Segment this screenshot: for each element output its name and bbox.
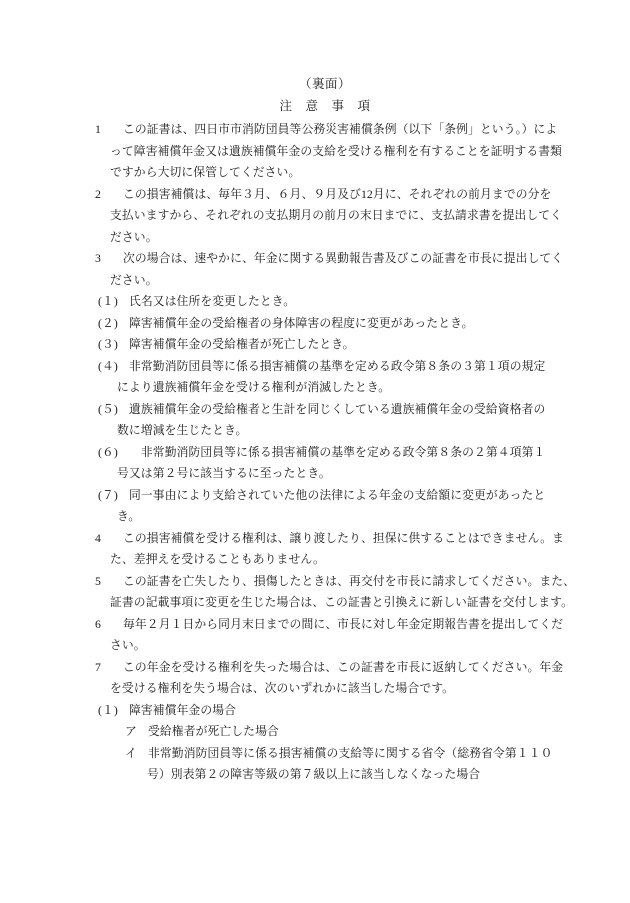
- line-marker: 3: [95, 248, 123, 270]
- text-line: ださい。: [95, 270, 555, 292]
- line-text: 障害補償年金の受給権者の身体障害の程度に変更があったとき。: [129, 313, 473, 335]
- line-marker: (６): [98, 442, 129, 464]
- line-marker: 6: [95, 614, 123, 636]
- line-text: 毎年２月１日から同月末日までの間に、市長に対し年金定期報告書を提出してくだ: [123, 614, 563, 636]
- side-label: （裏面）: [95, 73, 555, 95]
- text-line: 2この損害補償は、毎年３月、６月、９月及び12月に、それぞれの前月までの分を: [95, 184, 555, 206]
- line-text: 支払いますから、それぞれの支払期月の前月の末日までに、支払請求書を提出してく: [110, 205, 562, 227]
- line-marker: イ: [125, 743, 148, 765]
- line-marker: 7: [95, 657, 123, 679]
- line-text: 非常勤消防団員等に係る損害補償の基準を定める政令第８条の２第４項第１: [129, 442, 545, 464]
- line-text: き。: [117, 506, 140, 528]
- line-text: この証書を亡失したり、損傷したときは、再交付を市長に請求してください。また、: [123, 571, 575, 593]
- text-line: 4この損害補償を受ける権利は、譲り渡したり、担保に供することはできません。ま: [95, 528, 555, 550]
- text-line: (１)氏名又は住所を変更したとき。: [95, 291, 555, 313]
- line-text: ださい。: [110, 227, 158, 249]
- line-marker: (１): [98, 700, 129, 722]
- page-title: 注 意 事 項: [95, 95, 555, 117]
- line-text: により遺族補償年金を受ける権利が消滅したとき。: [117, 377, 390, 399]
- line-marker: 1: [95, 119, 123, 141]
- line-marker: (２): [98, 313, 129, 335]
- text-line: き。: [95, 506, 555, 528]
- line-text: た、差押えを受けることもありません。: [110, 549, 325, 571]
- line-text: さい。: [110, 635, 146, 657]
- line-marker: 2: [95, 184, 123, 206]
- line-marker: (７): [98, 485, 129, 507]
- line-marker: ア: [125, 721, 148, 743]
- text-line: って障害補償年金又は遺族補償年金の支給を受ける権利を有することを証明する書類: [95, 141, 555, 163]
- text-line: 証書の記載事項に変更を生じた場合は、この証書と引換えに新しい証書を交付します。: [95, 592, 555, 614]
- text-line: 数に増減を生じたとき。: [95, 420, 555, 442]
- text-line: (２)障害補償年金の受給権者の身体障害の程度に変更があったとき。: [95, 313, 555, 335]
- line-marker: 5: [95, 571, 123, 593]
- line-text: 号又は第２号に該当するに至ったとき。: [117, 463, 331, 485]
- text-line: 3次の場合は、速やかに、年金に関する異動報告書及びこの証書を市長に提出してく: [95, 248, 555, 270]
- text-line: 号）別表第２の障害等級の第７級以上に該当しなくなった場合: [95, 764, 555, 786]
- line-text: って障害補償年金又は遺族補償年金の支給を受ける権利を有することを証明する書類: [110, 141, 562, 163]
- text-line: た、差押えを受けることもありません。: [95, 549, 555, 571]
- document-page: （裏面） 注 意 事 項 1この証書は、四日市市消防団員等公務災害補償条例（以下…: [0, 0, 630, 903]
- text-line: 支払いますから、それぞれの支払期月の前月の末日までに、支払請求書を提出してく: [95, 205, 555, 227]
- text-line: 1この証書は、四日市市消防団員等公務災害補償条例（以下「条例」という。）によ: [95, 119, 555, 141]
- text-line: (３)障害補償年金の受給権者が死亡したとき。: [95, 334, 555, 356]
- text-line: ださい。: [95, 227, 555, 249]
- line-text: 同一事由により支給されていた他の法律による年金の支給額に変更があったと: [129, 485, 545, 507]
- text-line: (１)障害補償年金の場合: [95, 700, 555, 722]
- line-marker: (３): [98, 334, 129, 356]
- line-text: この損害補償は、毎年３月、６月、９月及び12月に、それぞれの前月までの分を: [123, 184, 551, 206]
- line-text: 数に増減を生じたとき。: [117, 420, 247, 442]
- line-text: 非常勤消防団員等に係る損害補償の基準を定める政令第８条の３第１項の規定: [129, 356, 545, 378]
- text-line: 号又は第２号に該当するに至ったとき。: [95, 463, 555, 485]
- text-line: 7この年金を受ける権利を失った場合は、この証書を市長に返納してください。年金: [95, 657, 555, 679]
- line-text: 次の場合は、速やかに、年金に関する異動報告書及びこの証書を市長に提出してく: [123, 248, 563, 270]
- line-text: 氏名又は住所を変更したとき。: [129, 291, 295, 313]
- text-line: 5この証書を亡失したり、損傷したときは、再交付を市長に請求してください。また、: [95, 571, 555, 593]
- line-text: 障害補償年金の受給権者が死亡したとき。: [129, 334, 355, 356]
- body-lines: 1この証書は、四日市市消防団員等公務災害補償条例（以下「条例」という。）によって…: [95, 119, 555, 786]
- line-marker: (４): [98, 356, 129, 378]
- text-line: (５)遺族補償年金の受給権者と生計を同じくしている遺族補償年金の受給資格者の: [95, 399, 555, 421]
- line-marker: 4: [95, 528, 123, 550]
- text-line: (７)同一事由により支給されていた他の法律による年金の支給額に変更があったと: [95, 485, 555, 507]
- line-text: を受ける権利を失う場合は、次のいずれかに該当した場合です。: [110, 678, 454, 700]
- document-content: （裏面） 注 意 事 項 1この証書は、四日市市消防団員等公務災害補償条例（以下…: [95, 73, 555, 786]
- text-line: ですから大切に保管してください。: [95, 162, 555, 184]
- text-line: イ非常勤消防団員等に係る損害補償の支給等に関する省令（総務省令第１１０: [95, 743, 555, 765]
- line-text: この損害補償を受ける権利は、譲り渡したり、担保に供することはできません。ま: [123, 528, 564, 550]
- text-line: により遺族補償年金を受ける権利が消滅したとき。: [95, 377, 555, 399]
- text-line: を受ける権利を失う場合は、次のいずれかに該当した場合です。: [95, 678, 555, 700]
- line-marker: (５): [98, 399, 129, 421]
- line-text: この年金を受ける権利を失った場合は、この証書を市長に返納してください。年金: [123, 657, 563, 679]
- text-line: 6毎年２月１日から同月末日までの間に、市長に対し年金定期報告書を提出してくだ: [95, 614, 555, 636]
- text-line: ア受給権者が死亡した場合: [95, 721, 555, 743]
- line-text: この証書は、四日市市消防団員等公務災害補償条例（以下「条例」という。）によ: [123, 119, 557, 141]
- text-line: (６) 非常勤消防団員等に係る損害補償の基準を定める政令第８条の２第４項第１: [95, 442, 555, 464]
- line-text: 障害補償年金の場合: [129, 700, 236, 722]
- text-line: (４)非常勤消防団員等に係る損害補償の基準を定める政令第８条の３第１項の規定: [95, 356, 555, 378]
- line-marker: (１): [98, 291, 129, 313]
- line-text: ですから大切に保管してください。: [110, 162, 300, 184]
- line-text: 非常勤消防団員等に係る損害補償の支給等に関する省令（総務省令第１１０: [148, 743, 553, 765]
- line-text: 号）別表第２の障害等級の第７級以上に該当しなくなった場合: [147, 764, 480, 786]
- line-text: 遺族補償年金の受給権者と生計を同じくしている遺族補償年金の受給資格者の: [129, 399, 545, 421]
- line-text: 受給権者が死亡した場合: [148, 721, 279, 743]
- line-text: 証書の記載事項に変更を生じた場合は、この証書と引換えに新しい証書を交付します。: [110, 592, 573, 614]
- line-text: ださい。: [110, 270, 158, 292]
- text-line: さい。: [95, 635, 555, 657]
